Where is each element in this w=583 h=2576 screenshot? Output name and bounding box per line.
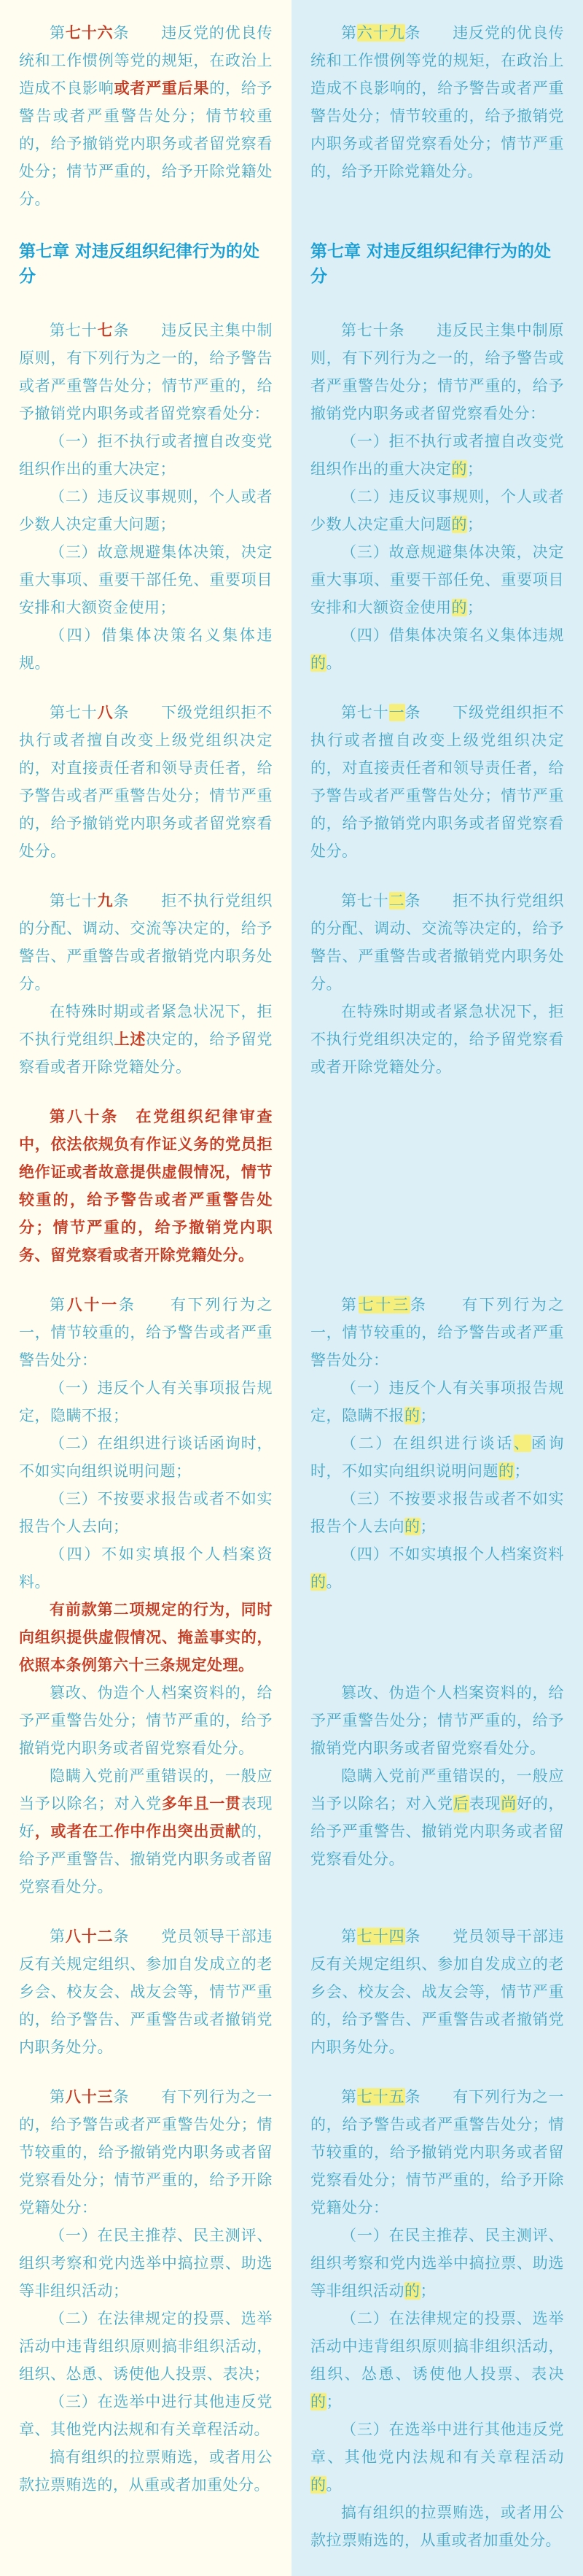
item-4: （四）不如实填报个人档案资料的。	[310, 1540, 564, 1596]
text-segment: （三）在选举中进行其他违反党章、其他党内法规和有关章程活动。	[19, 2393, 273, 2438]
text-segment: 第七十	[50, 704, 98, 721]
text-segment: 条 违反党的优良传统和工作惯例等党的规矩，在政治上造成不良影响的，给予警告或者严…	[310, 24, 564, 180]
text-segment: 第七十条 违反民主集中制原则，有下列行为之一的，给予警告或者严重警告处分；情节严…	[310, 322, 564, 422]
old-version-column	[291, 1081, 583, 1269]
text-segment: 条 下级党组织拒不执行或者擅自改变上级党组织决定的，对直接责任者和领导责任者，给…	[310, 704, 564, 860]
article-72: 第七十二条 拒不执行党组织的分配、调动、交流等决定的，给予警告、严重警告或者撤销…	[310, 887, 564, 998]
deleted-text-highlight: 二	[389, 892, 405, 909]
item-1: （一）违反个人有关事项报告规定，隐瞒不报；	[19, 1374, 273, 1429]
new-version-column: 篡改、伪造个人档案资料的，给予严重警告处分；情节严重的，给予撤销党内职务或者留党…	[0, 1679, 291, 1762]
old-version-column: 第七十条 违反民主集中制原则，有下列行为之一的，给予警告或者严重警告处分；情节严…	[291, 295, 583, 677]
article-77-intro: 第七十七条 违反民主集中制原则，有下列行为之一的，给予警告或者严重警告处分；情节…	[19, 317, 273, 427]
text-segment: ；	[514, 1462, 531, 1480]
text-segment: （二）违反议事规则，个人或者少数人决定重大问题	[310, 488, 564, 533]
old-version-column: 第七十二条 拒不执行党组织的分配、调动、交流等决定的，给予警告、严重警告或者撤销…	[291, 865, 583, 1081]
text-segment: 条 下级党组织拒不执行或者擅自改变上级党组织决定的，对直接责任者和领导责任者，给…	[19, 704, 273, 860]
text-segment: 第	[341, 24, 357, 42]
text-segment: 第	[341, 1928, 357, 1945]
item-1: （一）在民主推荐、民主测评、组织考察和党内选举中搞拉票、助选等非组织活动的；	[310, 2222, 564, 2305]
deleted-text-highlight: 、	[514, 1435, 531, 1452]
deleted-text-highlight: 的	[452, 460, 468, 478]
deleted-text-highlight: 的	[452, 516, 468, 533]
old-version-column: 第七十四条 党员领导干部违反有关规定组织、参加自发成立的老乡会、校友会、战友会等…	[291, 1901, 583, 2061]
text-segment: ；	[467, 599, 483, 616]
concealment-para: 隐瞒入党前严重错误的，一般应当予以除名；对入党多年且一贯表现好，或者在工作中作出…	[19, 1762, 273, 1901]
text-segment: （三）故意规避集体决策，决定重大事项、重要干部任免、重要项目安排和大额资金使用；	[19, 543, 273, 616]
article-83-intro: 第八十三条 有下列行为之一的，给予警告或者严重警告处分；情节较重的，给予撤销党内…	[19, 2083, 273, 2222]
chapter-heading: 第七章 对违反组织纪律行为的处分	[19, 239, 273, 289]
text-segment: 。	[326, 2476, 343, 2494]
old-version-column: 篡改、伪造个人档案资料的，给予严重警告处分；情节严重的，给予撤销党内职务或者留党…	[291, 1679, 583, 1762]
article-72-para-2: 在特殊时期或者紧急状况下，拒不执行党组织决定的，给予留党察看或者开除党籍处分。	[310, 998, 564, 1081]
article-76-vs-69: 第七十六条 违反党的优良传统和工作惯例等党的规矩，在政治上造成不良影响或者严重后…	[0, 0, 583, 213]
text-segment: 的，给予警告或者严重警告处分；情节较重的，给予撤销党内职务或者留党察看处分；情节…	[19, 79, 273, 208]
deleted-text-highlight: 的	[310, 654, 326, 672]
chapter-heading: 第七章 对违反组织纪律行为的处分	[310, 239, 564, 289]
item-1: （一）在民主推荐、民主测评、组织考察和党内选举中搞拉票、助选等非组织活动；	[19, 2222, 273, 2305]
item-3: （三）故意规避集体决策，决定重大事项、重要干部任免、重要项目安排和大额资金使用；	[19, 538, 273, 621]
item-2: （二）在组织进行谈话函询时，不如实向组织说明问题；	[19, 1429, 273, 1485]
article-73-intro: 第七十三条 有下列行为之一，情节较重的，给予警告或者严重警告处分：	[310, 1291, 564, 1374]
deleted-text-highlight: 的	[310, 2393, 326, 2410]
article-71: 第七十一条 下级党组织拒不执行或者擅自改变上级党组织决定的，对直接责任者和领导责…	[310, 699, 564, 865]
deleted-text-highlight: 尚	[501, 1795, 517, 1812]
item-4: （四）借集体决策名义集体违规的。	[310, 621, 564, 677]
new-version-column: 有前款第二项规定的行为，同时向组织提供虚假情况、掩盖事实的，依照本条例第六十三条…	[0, 1596, 291, 1679]
text-segment: （三）故意规避集体决策，决定重大事项、重要干部任免、重要项目安排和大额资金使用	[310, 543, 564, 616]
text-segment: （二）在法律规定的投票、选举活动中违背组织原则搞非组织活动，组织、怂恿、诱使他人…	[19, 2310, 273, 2383]
item-1: （一）违反个人有关事项报告规定，隐瞒不报的；	[310, 1374, 564, 1429]
inserted-text: ，或者在工作中作出突出贡献	[35, 1823, 241, 1840]
text-segment: 第	[50, 1928, 66, 1945]
deleted-text-highlight: 的	[310, 2476, 326, 2494]
new-version-column: 第八十一条 有下列行为之一，情节较重的，给予警告或者严重警告处分：（一）违反个人…	[0, 1269, 291, 1596]
article-80-new: 第八十条 在党组织纪律审查中，依法依规负有作证义务的党员拒绝作证或者故意提供虚假…	[19, 1103, 273, 1269]
article-79-para-2: 在特殊时期或者紧急状况下，拒不执行党组织上述决定的，给予留党察看或者开除党籍处分…	[19, 998, 273, 1081]
text-segment: 条 有下列行为之一的，给予警告或者严重警告处分；情节较重的，给予撤销党内职务或者…	[310, 2088, 564, 2216]
article-80-vs-blank: 第八十条 在党组织纪律审查中，依法依规负有作证义务的党员拒绝作证或者故意提供虚假…	[0, 1081, 583, 1269]
new-version-column: 第七章 对违反组织纪律行为的处分	[0, 213, 291, 295]
inserted-text: 上述	[114, 1031, 146, 1048]
new-version-column: 第八十二条 党员领导干部违反有关规定组织、参加自发成立的老乡会、校友会、战友会等…	[0, 1901, 291, 2061]
item-3: （三）在选举中进行其他违反党章、其他党内法规和有关章程活动的。	[310, 2416, 564, 2499]
background-filler-row	[0, 2554, 583, 2576]
text-segment: （四）不如实填报个人档案资料。	[19, 1545, 273, 1591]
inserted-text: 七	[98, 322, 114, 339]
text-segment: 第	[341, 1296, 359, 1314]
text-segment: 第七章 对违反组织纪律行为的处分	[310, 242, 551, 286]
item-4: （四）不如实填报个人档案资料。	[19, 1540, 273, 1596]
article-81-vs-73: 第八十一条 有下列行为之一，情节较重的，给予警告或者严重警告处分：（一）违反个人…	[0, 1269, 583, 1596]
new-version-column: 第七十八条 下级党组织拒不执行或者擅自改变上级党组织决定的，对直接责任者和领导责…	[0, 677, 291, 865]
article-78-vs-71: 第七十八条 下级党组织拒不执行或者擅自改变上级党组织决定的，对直接责任者和领导责…	[0, 677, 583, 865]
text-segment: 第七十	[341, 892, 389, 909]
item-2: （二）在组织进行谈话、函询时，不如实向组织说明问题的；	[310, 1429, 564, 1485]
new-version-column	[0, 2554, 291, 2576]
deleted-text-highlight: 七十四	[357, 1928, 405, 1945]
falsify-archives-paragraph: 篡改、伪造个人档案资料的，给予严重警告处分；情节严重的，给予撤销党内职务或者留党…	[0, 1679, 583, 1762]
text-segment: 。	[326, 654, 343, 672]
new-version-column: 第七十六条 违反党的优良传统和工作惯例等党的规矩，在政治上造成不良影响或者严重后…	[0, 0, 291, 213]
inserted-text: 九	[98, 892, 114, 909]
item-4: （四）借集体决策名义集体违规。	[19, 621, 273, 677]
text-segment: （一）在民主推荐、民主测评、组织考察和党内选举中搞拉票、助选等非组织活动；	[19, 2227, 273, 2300]
old-version-column: 第七十三条 有下列行为之一，情节较重的，给予警告或者严重警告处分：（一）违反个人…	[291, 1269, 583, 1596]
text-segment: 第	[50, 1296, 67, 1314]
item-1: （一）拒不执行或者擅自改变党组织作出的重大决定；	[19, 427, 273, 483]
text-segment: 第	[50, 2088, 66, 2106]
deleted-text-highlight: 六十九	[357, 24, 405, 42]
falsify-archives: 篡改、伪造个人档案资料的，给予严重警告处分；情节严重的，给予撤销党内职务或者留党…	[19, 1679, 273, 1762]
new-version-column: 第八十三条 有下列行为之一的，给予警告或者严重警告处分；情节较重的，给予撤销党内…	[0, 2061, 291, 2554]
item-3: （三）故意规避集体决策，决定重大事项、重要干部任免、重要项目安排和大额资金使用的…	[310, 538, 564, 621]
text-segment: （三）在选举中进行其他违反党章、其他党内法规和有关章程活动	[310, 2421, 564, 2466]
old-version-column: 第七十一条 下级党组织拒不执行或者擅自改变上级党组织决定的，对直接责任者和领导责…	[291, 677, 583, 865]
text-segment: ；	[420, 1518, 437, 1535]
article-79: 第七十九条 拒不执行党组织的分配、调动、交流等决定的，给予警告、严重警告或者撤销…	[19, 887, 273, 998]
text-segment: （三）不按要求报告或者不如实报告个人去向	[310, 1490, 564, 1535]
added-clause: 有前款第二项规定的行为，同时向组织提供虚假情况、掩盖事实的，依照本条例第六十三条…	[19, 1596, 273, 1679]
inserted-text: 八十一	[67, 1296, 119, 1314]
text-segment: （四）借集体决策名义集体违规	[341, 626, 564, 644]
article-75-intro: 第七十五条 有下列行为之一的，给予警告或者严重警告处分；情节较重的，给予撤销党内…	[310, 2083, 564, 2222]
item-2: （二）在法律规定的投票、选举活动中违背组织原则搞非组织活动，组织、怂恿、诱使他人…	[19, 2305, 273, 2388]
text-segment: （二）违反议事规则，个人或者少数人决定重大问题；	[19, 488, 273, 533]
old-version-column: 第七十五条 有下列行为之一的，给予警告或者严重警告处分；情节较重的，给予撤销党内…	[291, 2061, 583, 2554]
deleted-text-highlight: 的	[404, 2282, 420, 2300]
article-70-intro: 第七十条 违反民主集中制原则，有下列行为之一的，给予警告或者严重警告处分；情节严…	[310, 317, 564, 427]
article-79-vs-72: 第七十九条 拒不执行党组织的分配、调动、交流等决定的，给予警告、严重警告或者撤销…	[0, 865, 583, 1081]
text-segment: 篡改、伪造个人档案资料的，给予严重警告处分；情节严重的，给予撤销党内职务或者留党…	[310, 1684, 564, 1757]
text-segment: 条 党员领导干部违反有关规定组织、参加自发成立的老乡会、校友会、战友会等，情节严…	[310, 1928, 564, 2056]
text-segment: 第	[50, 24, 66, 42]
text-segment: ；	[467, 460, 483, 478]
article-78: 第七十八条 下级党组织拒不执行或者擅自改变上级党组织决定的，对直接责任者和领导责…	[19, 699, 273, 865]
text-segment: ；	[467, 516, 483, 533]
deleted-text-highlight: 后	[453, 1795, 469, 1812]
text-segment: （一）违反个人有关事项报告规定，隐瞒不报	[310, 1379, 564, 1424]
inserted-text: 第八十条 在党组织纪律审查中，依法依规负有作证义务的党员拒绝作证或者故意提供虚假…	[19, 1108, 273, 1264]
item-3: （三）在选举中进行其他违反党章、其他党内法规和有关章程活动。	[19, 2388, 273, 2443]
inserted-text: 有前款第二项规定的行为，同时向组织提供虚假情况、掩盖事实的，依照本条例第六十三条…	[19, 1601, 273, 1674]
deleted-text-highlight: 一	[389, 704, 405, 721]
concealment-para: 隐瞒入党前严重错误的，一般应当予以除名；对入党后表现尚好的，给予严重警告、撤销党…	[310, 1762, 564, 1873]
inserted-text: 或者严重后果	[114, 79, 210, 97]
text-segment: ；	[420, 2282, 437, 2300]
article-76: 第七十六条 违反党的优良传统和工作惯例等党的规矩，在政治上造成不良影响或者严重后…	[19, 19, 273, 213]
article-82: 第八十二条 党员领导干部违反有关规定组织、参加自发成立的老乡会、校友会、战友会等…	[19, 1923, 273, 2061]
text-segment: 。	[326, 1573, 343, 1591]
new-version-column: 第七十七条 违反民主集中制原则，有下列行为之一的，给予警告或者严重警告处分；情节…	[0, 295, 291, 677]
falsify-archives: 篡改、伪造个人档案资料的，给予严重警告处分；情节严重的，给予撤销党内职务或者留党…	[310, 1679, 564, 1762]
text-segment: （一）拒不执行或者擅自改变党组织作出的重大决定；	[19, 432, 273, 478]
text-segment: （二）在组织进行谈话函询时，不如实向组织说明问题；	[19, 1435, 273, 1480]
new-version-column: 第八十条 在党组织纪律审查中，依法依规负有作证义务的党员拒绝作证或者故意提供虚假…	[0, 1081, 291, 1269]
vote-buying-para: 搞有组织的拉票贿选，或者用公款拉票贿选的，从重或者加重处分。	[310, 2499, 564, 2554]
article-83-vs-75: 第八十三条 有下列行为之一的，给予警告或者严重警告处分；情节较重的，给予撤销党内…	[0, 2061, 583, 2554]
text-segment: 第	[341, 2088, 357, 2106]
text-segment: 表现	[469, 1795, 501, 1812]
text-segment: 篡改、伪造个人档案资料的，给予严重警告处分；情节严重的，给予撤销党内职务或者留党…	[19, 1684, 273, 1757]
added-clause-vs-blank: 有前款第二项规定的行为，同时向组织提供虚假情况、掩盖事实的，依照本条例第六十三条…	[0, 1596, 583, 1679]
concealment-paragraph: 隐瞒入党前严重错误的，一般应当予以除名；对入党多年且一贯表现好，或者在工作中作出…	[0, 1762, 583, 1901]
article-77-vs-70: 第七十七条 违反民主集中制原则，有下列行为之一的，给予警告或者严重警告处分；情节…	[0, 295, 583, 677]
article-81-intro: 第八十一条 有下列行为之一，情节较重的，给予警告或者严重警告处分：	[19, 1291, 273, 1374]
deleted-text-highlight: 的	[404, 1407, 420, 1424]
chapter-7-heading: 第七章 对违反组织纪律行为的处分第七章 对违反组织纪律行为的处分	[0, 213, 583, 295]
inserted-text: 七十六	[66, 24, 114, 42]
text-segment: 第七十	[50, 892, 98, 909]
old-version-column: 第七章 对违反组织纪律行为的处分	[291, 213, 583, 295]
text-segment: 第七十	[50, 322, 98, 339]
item-2: （二）违反议事规则，个人或者少数人决定重大问题的；	[310, 483, 564, 538]
old-version-column	[291, 2554, 583, 2576]
text-segment: 第七章 对违反组织纪律行为的处分	[19, 242, 259, 286]
deleted-text-highlight: 的	[452, 599, 468, 616]
vote-buying-para: 搞有组织的拉票贿选，或者用公款拉票贿选的，从重或者加重处分。	[19, 2443, 273, 2499]
article-82-vs-74: 第八十二条 党员领导干部违反有关规定组织、参加自发成立的老乡会、校友会、战友会等…	[0, 1901, 583, 2061]
inserted-text: 八十三	[66, 2088, 114, 2106]
deleted-text-highlight: 的	[310, 1573, 326, 1591]
text-segment: （二）在法律规定的投票、选举活动中违背组织原则搞非组织活动，组织、怂恿、诱使他人…	[310, 2310, 564, 2383]
old-version-column: 隐瞒入党前严重错误的，一般应当予以除名；对入党后表现尚好的，给予严重警告、撤销党…	[291, 1762, 583, 1901]
article-74: 第七十四条 党员领导干部违反有关规定组织、参加自发成立的老乡会、校友会、战友会等…	[310, 1923, 564, 2061]
regulation-comparison-document: 第七十六条 违反党的优良传统和工作惯例等党的规矩，在政治上造成不良影响或者严重后…	[0, 0, 583, 2576]
text-segment: （一）在民主推荐、民主测评、组织考察和党内选举中搞拉票、助选等非组织活动	[310, 2227, 564, 2300]
text-segment: （四）不如实填报个人档案资料	[341, 1545, 564, 1563]
text-segment: 条 有下列行为之一的，给予警告或者严重警告处分；情节较重的，给予撤销党内职务或者…	[19, 2088, 273, 2216]
old-version-column	[291, 1596, 583, 1679]
inserted-text: 八	[98, 704, 114, 721]
text-segment: 搞有组织的拉票贿选，或者用公款拉票贿选的，从重或者加重处分。	[310, 2504, 564, 2549]
new-version-column: 隐瞒入党前严重错误的，一般应当予以除名；对入党多年且一贯表现好，或者在工作中作出…	[0, 1762, 291, 1901]
deleted-text-highlight: 七十三	[359, 1296, 410, 1314]
deleted-text-highlight: 的	[498, 1462, 514, 1480]
item-2: （二）在法律规定的投票、选举活动中违背组织原则搞非组织活动，组织、怂恿、诱使他人…	[310, 2305, 564, 2416]
item-3: （三）不按要求报告或者不如实报告个人去向；	[19, 1485, 273, 1540]
deleted-text-highlight: 七十五	[357, 2088, 405, 2106]
inserted-text: 多年且一贯	[162, 1795, 241, 1812]
text-segment: （三）不按要求报告或者不如实报告个人去向；	[19, 1490, 273, 1535]
inserted-text: 八十二	[66, 1928, 114, 1945]
item-1: （一）拒不执行或者擅自改变党组织作出的重大决定的；	[310, 427, 564, 483]
text-segment: 搞有组织的拉票贿选，或者用公款拉票贿选的，从重或者加重处分。	[19, 2448, 273, 2494]
article-69: 第六十九条 违反党的优良传统和工作惯例等党的规矩，在政治上造成不良影响的，给予警…	[310, 19, 564, 185]
old-version-column: 第六十九条 违反党的优良传统和工作惯例等党的规矩，在政治上造成不良影响的，给予警…	[291, 0, 583, 213]
text-segment: （四）借集体决策名义集体违规。	[19, 626, 273, 672]
text-segment: （一）拒不执行或者擅自改变党组织作出的重大决定	[310, 432, 564, 478]
text-segment: ；	[326, 2393, 343, 2410]
text-segment: （一）违反个人有关事项报告规定，隐瞒不报；	[19, 1379, 273, 1424]
new-version-column: 第七十九条 拒不执行党组织的分配、调动、交流等决定的，给予警告、严重警告或者撤销…	[0, 865, 291, 1081]
text-segment: （二）在组织进行谈话	[341, 1435, 514, 1452]
item-3: （三）不按要求报告或者不如实报告个人去向的；	[310, 1485, 564, 1540]
text-segment: ；	[420, 1407, 437, 1424]
text-segment: 条 党员领导干部违反有关规定组织、参加自发成立的老乡会、校友会、战友会等，情节严…	[19, 1928, 273, 2056]
text-segment: 在特殊时期或者紧急状况下，拒不执行党组织决定的，给予留党察看或者开除党籍处分。	[310, 1003, 564, 1076]
item-2: （二）违反议事规则，个人或者少数人决定重大问题；	[19, 483, 273, 538]
deleted-text-highlight: 的	[404, 1518, 420, 1535]
text-segment: 第七十	[341, 704, 389, 721]
